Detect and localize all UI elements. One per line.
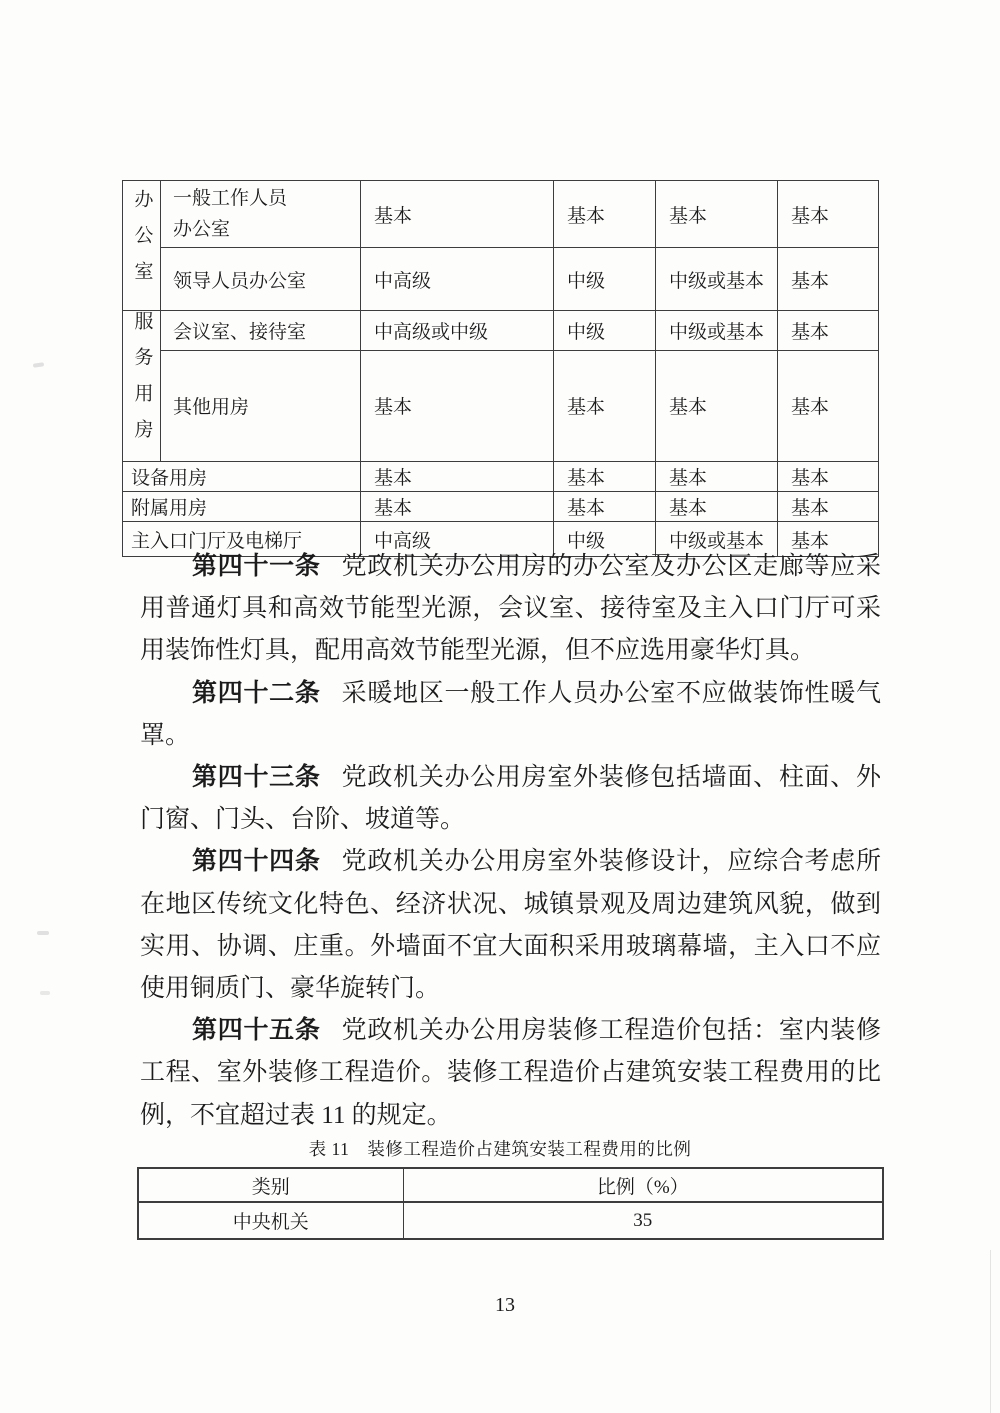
table-cell: 中级或基本: [656, 248, 778, 311]
table-row: 中央机关 35: [138, 1202, 883, 1239]
article-45: 第四十五条党政机关办公用房装修工程造价包括：室内装修工程、室外装修工程造价。装修…: [140, 1010, 881, 1137]
row-group-service: 服务用房: [123, 311, 161, 462]
finish-standard-table: 办公室 一般工作人员 办公室 基本 基本 基本 基本 领导人员办公室 中高级 中…: [122, 180, 879, 557]
row-group-label: 服务用房: [124, 311, 160, 455]
row-label: 会议室、接待室: [161, 311, 361, 351]
article-42-term: 第四十二条: [192, 680, 321, 707]
page-number: 13: [0, 1294, 1000, 1317]
table11-caption: 表 11 装修工程造价占建筑安装工程费用的比例: [0, 1136, 1000, 1161]
table-cell: 基本: [361, 181, 554, 248]
table-cell: 基本: [554, 492, 656, 522]
table11-header-category: 类别: [138, 1168, 403, 1202]
table11-header-row: 类别 比例（%）: [138, 1168, 883, 1202]
table-row: 其他用房 基本 基本 基本 基本: [123, 350, 879, 461]
table-cell: 中级: [554, 248, 656, 311]
table-row: 办公室 一般工作人员 办公室 基本 基本 基本 基本: [123, 181, 879, 248]
document-page: 办公室 一般工作人员 办公室 基本 基本 基本 基本 领导人员办公室 中高级 中…: [0, 0, 1000, 1413]
article-45-term: 第四十五条: [192, 1017, 321, 1044]
table-cell: 基本: [778, 350, 879, 461]
table-cell: 中级或基本: [656, 311, 778, 351]
scan-smudge: [33, 362, 44, 367]
article-44: 第四十四条党政机关办公用房室外装修设计，应综合考虑所在地区传统文化特色、经济状况…: [140, 841, 881, 1010]
table-cell: 基本: [361, 350, 554, 461]
row-label: 其他用房: [161, 350, 361, 461]
table-cell: 中高级或中级: [361, 311, 554, 351]
table11-cell-category: 中央机关: [138, 1202, 403, 1239]
table-cell: 中级: [554, 311, 656, 351]
scan-edge-artifact: [990, 1250, 991, 1413]
article-44-term: 第四十四条: [192, 848, 321, 875]
row-label: 附属用房: [123, 492, 361, 522]
article-43: 第四十三条党政机关办公用房室外装修包括墙面、柱面、外门窗、门头、台阶、坡道等。: [140, 757, 881, 841]
row-group-office: 办公室: [123, 181, 161, 311]
table-cell: 基本: [361, 492, 554, 522]
table-cell: 基本: [778, 311, 879, 351]
table-cell: 基本: [778, 248, 879, 311]
table-cell: 基本: [554, 350, 656, 461]
table11: 类别 比例（%） 中央机关 35: [137, 1167, 884, 1240]
table11-header-ratio: 比例（%）: [403, 1168, 883, 1202]
table-cell: 基本: [656, 492, 778, 522]
table-cell: 基本: [554, 462, 656, 492]
table-cell: 基本: [656, 181, 778, 248]
article-41-term: 第四十一条: [192, 553, 321, 580]
table-cell: 基本: [778, 462, 879, 492]
table-cell: 基本: [778, 181, 879, 248]
table11-cell-ratio: 35: [403, 1202, 883, 1239]
row-label: 一般工作人员 办公室: [161, 181, 361, 248]
article-41: 第四十一条党政机关办公用房的办公室及办公区走廊等应采用普通灯具和高效节能型光源，…: [140, 546, 881, 673]
table-row: 设备用房 基本 基本 基本 基本: [123, 462, 879, 492]
table-cell: 基本: [554, 181, 656, 248]
table-cell: 基本: [778, 492, 879, 522]
row-label: 领导人员办公室: [161, 248, 361, 311]
table-cell: 基本: [656, 462, 778, 492]
row-label: 设备用房: [123, 462, 361, 492]
scan-smudge: [40, 991, 50, 995]
article-43-term: 第四十三条: [192, 764, 321, 791]
table-row: 服务用房 会议室、接待室 中高级或中级 中级 中级或基本 基本: [123, 311, 879, 351]
table-cell: 基本: [361, 462, 554, 492]
row-group-label: 办公室: [124, 189, 160, 297]
article-42: 第四十二条采暖地区一般工作人员办公室不应做装饰性暖气罩。: [140, 673, 881, 757]
table-row: 领导人员办公室 中高级 中级 中级或基本 基本: [123, 248, 879, 311]
table-cell: 基本: [656, 350, 778, 461]
articles-text-block: 第四十一条党政机关办公用房的办公室及办公区走廊等应采用普通灯具和高效节能型光源，…: [140, 546, 881, 1137]
table-cell: 中高级: [361, 248, 554, 311]
table-row: 附属用房 基本 基本 基本 基本: [123, 492, 879, 522]
scan-smudge: [37, 931, 49, 935]
